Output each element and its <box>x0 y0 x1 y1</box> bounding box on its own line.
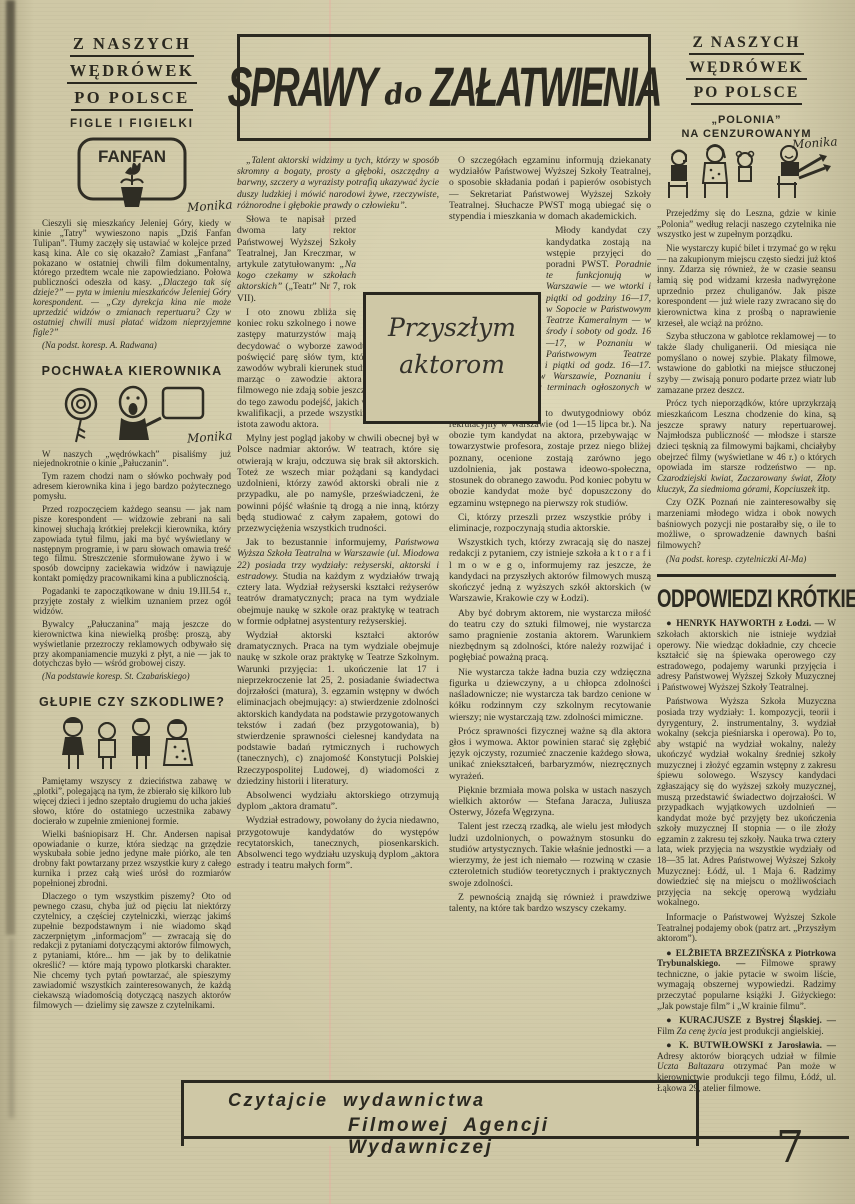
article-column-b: O szczegółach egzaminu informują dziekan… <box>449 155 651 917</box>
paragraph: Nie wystarczy kupić bilet i trzymać go w… <box>657 243 836 328</box>
newspaper-page: Z NASZYCH WĘDRÓWEK PO POLSCE FIGLE I FIG… <box>0 0 855 1204</box>
paragraph: ● KURACJUSZE z Bystrej Śląskiej. — Film … <box>657 1015 836 1036</box>
paragraph: Prócz sprawności fizycznej ważne są dla … <box>449 726 651 782</box>
projector-man-speech-icon <box>57 382 207 446</box>
svg-text:FANFAN: FANFAN <box>98 147 166 166</box>
inset-przyszlym-aktorom: Przyszłym aktorom <box>363 292 541 424</box>
polonia-cartoon: Monika <box>657 142 836 204</box>
inset-line: Przyszłym <box>366 313 538 342</box>
paragraph: Jak to bezustannie informujemy, Państwow… <box>237 537 439 627</box>
signature: Monika <box>187 428 233 445</box>
main-article: SPRAWY do ZAŁATWIENIA „Talent aktorski w… <box>237 34 651 917</box>
banner-rule <box>181 1136 849 1139</box>
paragraph: Bywalcy „Pałuczanina” mają jeszcze do ki… <box>33 620 231 669</box>
paragraph: Państwowa Wyższa Szkoła Muzyczna posiada… <box>657 696 836 908</box>
paragraph: Pamiętamy wszyscy z dzieciństwa zabawę w… <box>33 777 231 826</box>
fanfan-tulip-icon: FANFAN <box>63 135 201 215</box>
article-column-a: „Talent aktorski widzimy u tych, którzy … <box>237 155 439 917</box>
rubric-line: Z NASZYCH <box>70 34 194 57</box>
page-number: 7 <box>776 1122 804 1173</box>
glupie-text: Pamiętamy wszyscy z dzieciństwa zabawę w… <box>33 777 231 1010</box>
scan-edge-artifact <box>6 0 15 935</box>
rubric-line: PO POLSCE <box>691 84 802 105</box>
polonia-text: Przejedźmy się do Leszna, gdzie w kinie … <box>657 208 836 565</box>
paragraph: (Na podst. koresp. A. Radwana) <box>33 341 231 351</box>
pochwala-cartoon: Monika <box>33 382 231 446</box>
paragraph: Tym razem chodzi nam o słówko pochwały p… <box>33 472 231 502</box>
banner-line: Czytajcie wydawnictwa <box>228 1090 696 1111</box>
signature: Monika <box>187 197 233 214</box>
answers-items: ● HENRYK HAYWORTH z Łodzi. — W szkołach … <box>657 618 836 1093</box>
paragraph: Wydział aktorski kształci aktorów dramat… <box>237 630 439 787</box>
paragraph: ● HENRYK HAYWORTH z Łodzi. — W szkołach … <box>657 618 836 692</box>
fanfan-logo-illustration: FANFAN Monika <box>33 135 231 215</box>
whispering-children-icon <box>57 713 207 773</box>
paragraph: Przed rozpoczęciem każdego seansu — jak … <box>33 505 231 584</box>
paragraph: Przejedźmy się do Leszna, gdzie w kinie … <box>657 208 836 240</box>
title-word: ZAŁATWIENIA <box>430 56 660 119</box>
paragraph: Ci, którzy przeszli przez wszystkie prób… <box>449 512 651 534</box>
rubric-line: WĘDRÓWEK <box>686 59 806 80</box>
paragraph: Mylny jest pogląd jakoby w chwili obecne… <box>237 433 439 534</box>
paragraph: Z pewnością znajdą się również i prawdzi… <box>449 892 651 914</box>
section-title-glupie: GŁUPIE CZY SZKODLIWE? <box>33 695 231 709</box>
left-rubric-header: Z NASZYCH WĘDRÓWEK PO POLSCE <box>33 34 231 111</box>
inset-line: aktorom <box>366 350 538 379</box>
title-word: SPRAWY <box>228 56 376 119</box>
figle-text: Cieszyli się mieszkańcy Jeleniej Góry, k… <box>33 219 231 351</box>
pochwala-text: W naszych „wędrówkach” pisaliśmy już nie… <box>33 450 231 683</box>
right-rubric-header: Z NASZYCH WĘDRÓWEK PO POLSCE <box>657 34 836 105</box>
paragraph: Talent jest rzeczą rzadką, ale wielu jes… <box>449 821 651 888</box>
rubric-line: PO POLSCE <box>71 88 193 111</box>
glupie-cartoon <box>33 713 231 773</box>
rubric-line: Z NASZYCH <box>689 34 803 55</box>
paragraph: ● ELŻBIETA BRZEZIŃSKA z Piotrkowa Trybun… <box>657 948 836 1011</box>
paragraph: Dlaczego o tym wszystkim piszemy? Oto od… <box>33 892 231 1011</box>
paragraph: Słowa te napisał przed dwoma laty rektor… <box>237 214 439 304</box>
paragraph: Aby być dobrym aktorem, nie wystarcza mi… <box>449 608 651 664</box>
page-title: SPRAWY do ZAŁATWIENIA <box>237 34 651 141</box>
paragraph: (Na podst. koresp. czytelniczki Al-Ma) <box>657 554 836 565</box>
paragraph: Nie wystarcza także ładna buzia czy wdzi… <box>449 667 651 723</box>
paragraph: Prócz tych nieporządków, które uprzykrza… <box>657 398 836 494</box>
paragraph: O szczegółach egzaminu informują dziekan… <box>449 155 651 222</box>
answers-section: ODPOWIEDZI KRÓTKIE ● HENRYK HAYWORTH z Ł… <box>657 574 836 1094</box>
paragraph: „Talent aktorski widzimy u tych, którzy … <box>237 155 439 211</box>
paragraph: (Na podstawie koresp. St. Czabańskiego) <box>33 672 231 682</box>
polonia-subtitle: „POLONIA” <box>657 114 836 126</box>
paragraph: Szyba stłuczona w gablotce reklamowej — … <box>657 331 836 395</box>
section-title-figle: FIGLE I FIGIELKI <box>33 118 231 130</box>
paragraph: Czy OZK Poznań nie zainteresowałby się m… <box>657 497 836 550</box>
paragraph: ● K. BUTWIŁOWSKI z Jarosławia. — Adresy … <box>657 1040 836 1093</box>
paragraph: Wszystkich tych, którzy zwracają się do … <box>449 537 651 604</box>
paragraph: Wydział estradowy, powołany do życia nie… <box>237 815 439 871</box>
scan-edge-artifact <box>9 938 14 1118</box>
paragraph: Cieszyli się mieszkańcy Jeleniej Góry, k… <box>33 219 231 338</box>
cinema-audience-icon <box>661 142 833 204</box>
section-title-pochwala: POCHWAŁA KIEROWNIKA <box>33 364 231 378</box>
paragraph: Informacje o Państwowej Wyższej Szkole T… <box>657 912 836 944</box>
paragraph: Pogadanki te zapoczątkowane w dniu 19.II… <box>33 587 231 617</box>
left-column: Z NASZYCH WĘDRÓWEK PO POLSCE FIGLE I FIG… <box>33 34 231 1014</box>
paragraph: Wielki baśniopisarz H. Chr. Andersen nap… <box>33 830 231 889</box>
paragraph: Absolwenci wydziału aktorskiego otrzymuj… <box>237 790 439 812</box>
paragraph: W naszych „wędrówkach” pisaliśmy już nie… <box>33 450 231 470</box>
right-column: Z NASZYCH WĘDRÓWEK PO POLSCE „POLONIA” N… <box>657 34 836 1097</box>
title-word: do <box>382 75 424 112</box>
rubric-line: WĘDRÓWEK <box>67 61 198 84</box>
answers-title: ODPOWIEDZI KRÓTKIE <box>657 586 832 614</box>
paragraph: Pięknie brzmiała mowa polska w ustach na… <box>449 785 651 819</box>
